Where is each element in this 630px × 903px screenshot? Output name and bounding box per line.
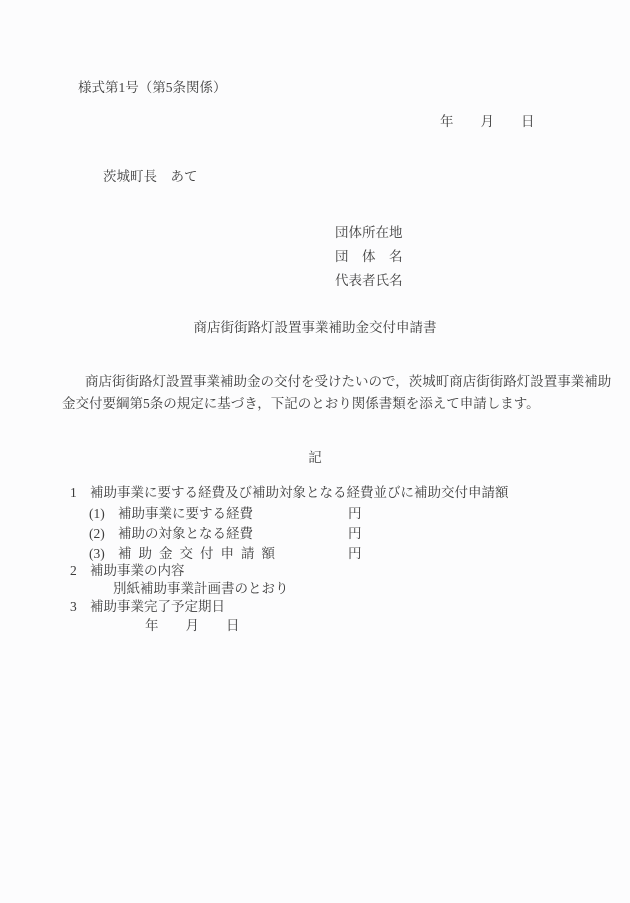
item-3-label: 補助事業完了予定期日 [90, 599, 225, 615]
applicant-representative-label: 代表者氏名 [335, 273, 403, 289]
body-paragraph-line-1: 商店街街路灯設置事業補助金の交付を受けたいので，茨城町商店街街路灯設置事業補助 [85, 374, 611, 390]
item-1: 1 補助事業に要する経費及び補助対象となる経費並びに補助交付申請額 [0, 485, 630, 502]
item-1-number: 1 [70, 485, 77, 501]
item-2-detail: 別紙補助事業計画書のとおり [113, 581, 289, 597]
list-heading: 記 [0, 450, 630, 466]
expense-row-requested-unit: 円 [348, 546, 362, 562]
item-2: 2 補助事業の内容 [0, 563, 630, 580]
expense-row-eligible-unit: 円 [348, 526, 362, 542]
document-title: 商店街街路灯設置事業補助金交付申請書 [0, 320, 630, 336]
expense-row-total: (1) 補助事業に要する経費 円 [0, 506, 630, 523]
item-3: 3 補助事業完了予定期日 [0, 599, 630, 616]
item-3-completion-date-line: 年 月 日 [145, 618, 240, 634]
expense-row-requested-label: 補助金交付申請額 [118, 546, 282, 562]
expense-row-eligible: (2) 補助の対象となる経費 円 [0, 526, 630, 543]
applicant-org-name-label: 団 体 名 [335, 249, 403, 265]
item-2-number: 2 [70, 563, 77, 579]
applicant-address-label: 団体所在地 [335, 225, 403, 241]
expense-row-total-label: 補助事業に要する経費 [118, 506, 253, 522]
expense-row-eligible-label: 補助の対象となる経費 [118, 526, 253, 542]
form-number: 様式第1号（第5条関係） [78, 80, 227, 96]
item-2-label: 補助事業の内容 [90, 563, 185, 579]
expense-row-total-number: (1) [89, 506, 105, 522]
item-3-number: 3 [70, 599, 77, 615]
item-1-label: 補助事業に要する経費及び補助対象となる経費並びに補助交付申請額 [90, 485, 509, 501]
application-form-page: 様式第1号（第5条関係） 年 月 日 茨城町長 あて 団体所在地 団 体 名 代… [0, 0, 630, 903]
expense-row-eligible-number: (2) [89, 526, 105, 542]
addressee-line: 茨城町長 あて [103, 169, 198, 185]
expense-row-requested-number: (3) [89, 546, 105, 562]
body-paragraph-line-2: 金交付要綱第5条の規定に基づき，下記のとおり関係書類を添えて申請します。 [62, 396, 540, 412]
issue-date-line: 年 月 日 [440, 114, 535, 130]
expense-row-total-unit: 円 [348, 506, 362, 522]
expense-row-requested: (3) 補助金交付申請額 円 [0, 546, 630, 563]
